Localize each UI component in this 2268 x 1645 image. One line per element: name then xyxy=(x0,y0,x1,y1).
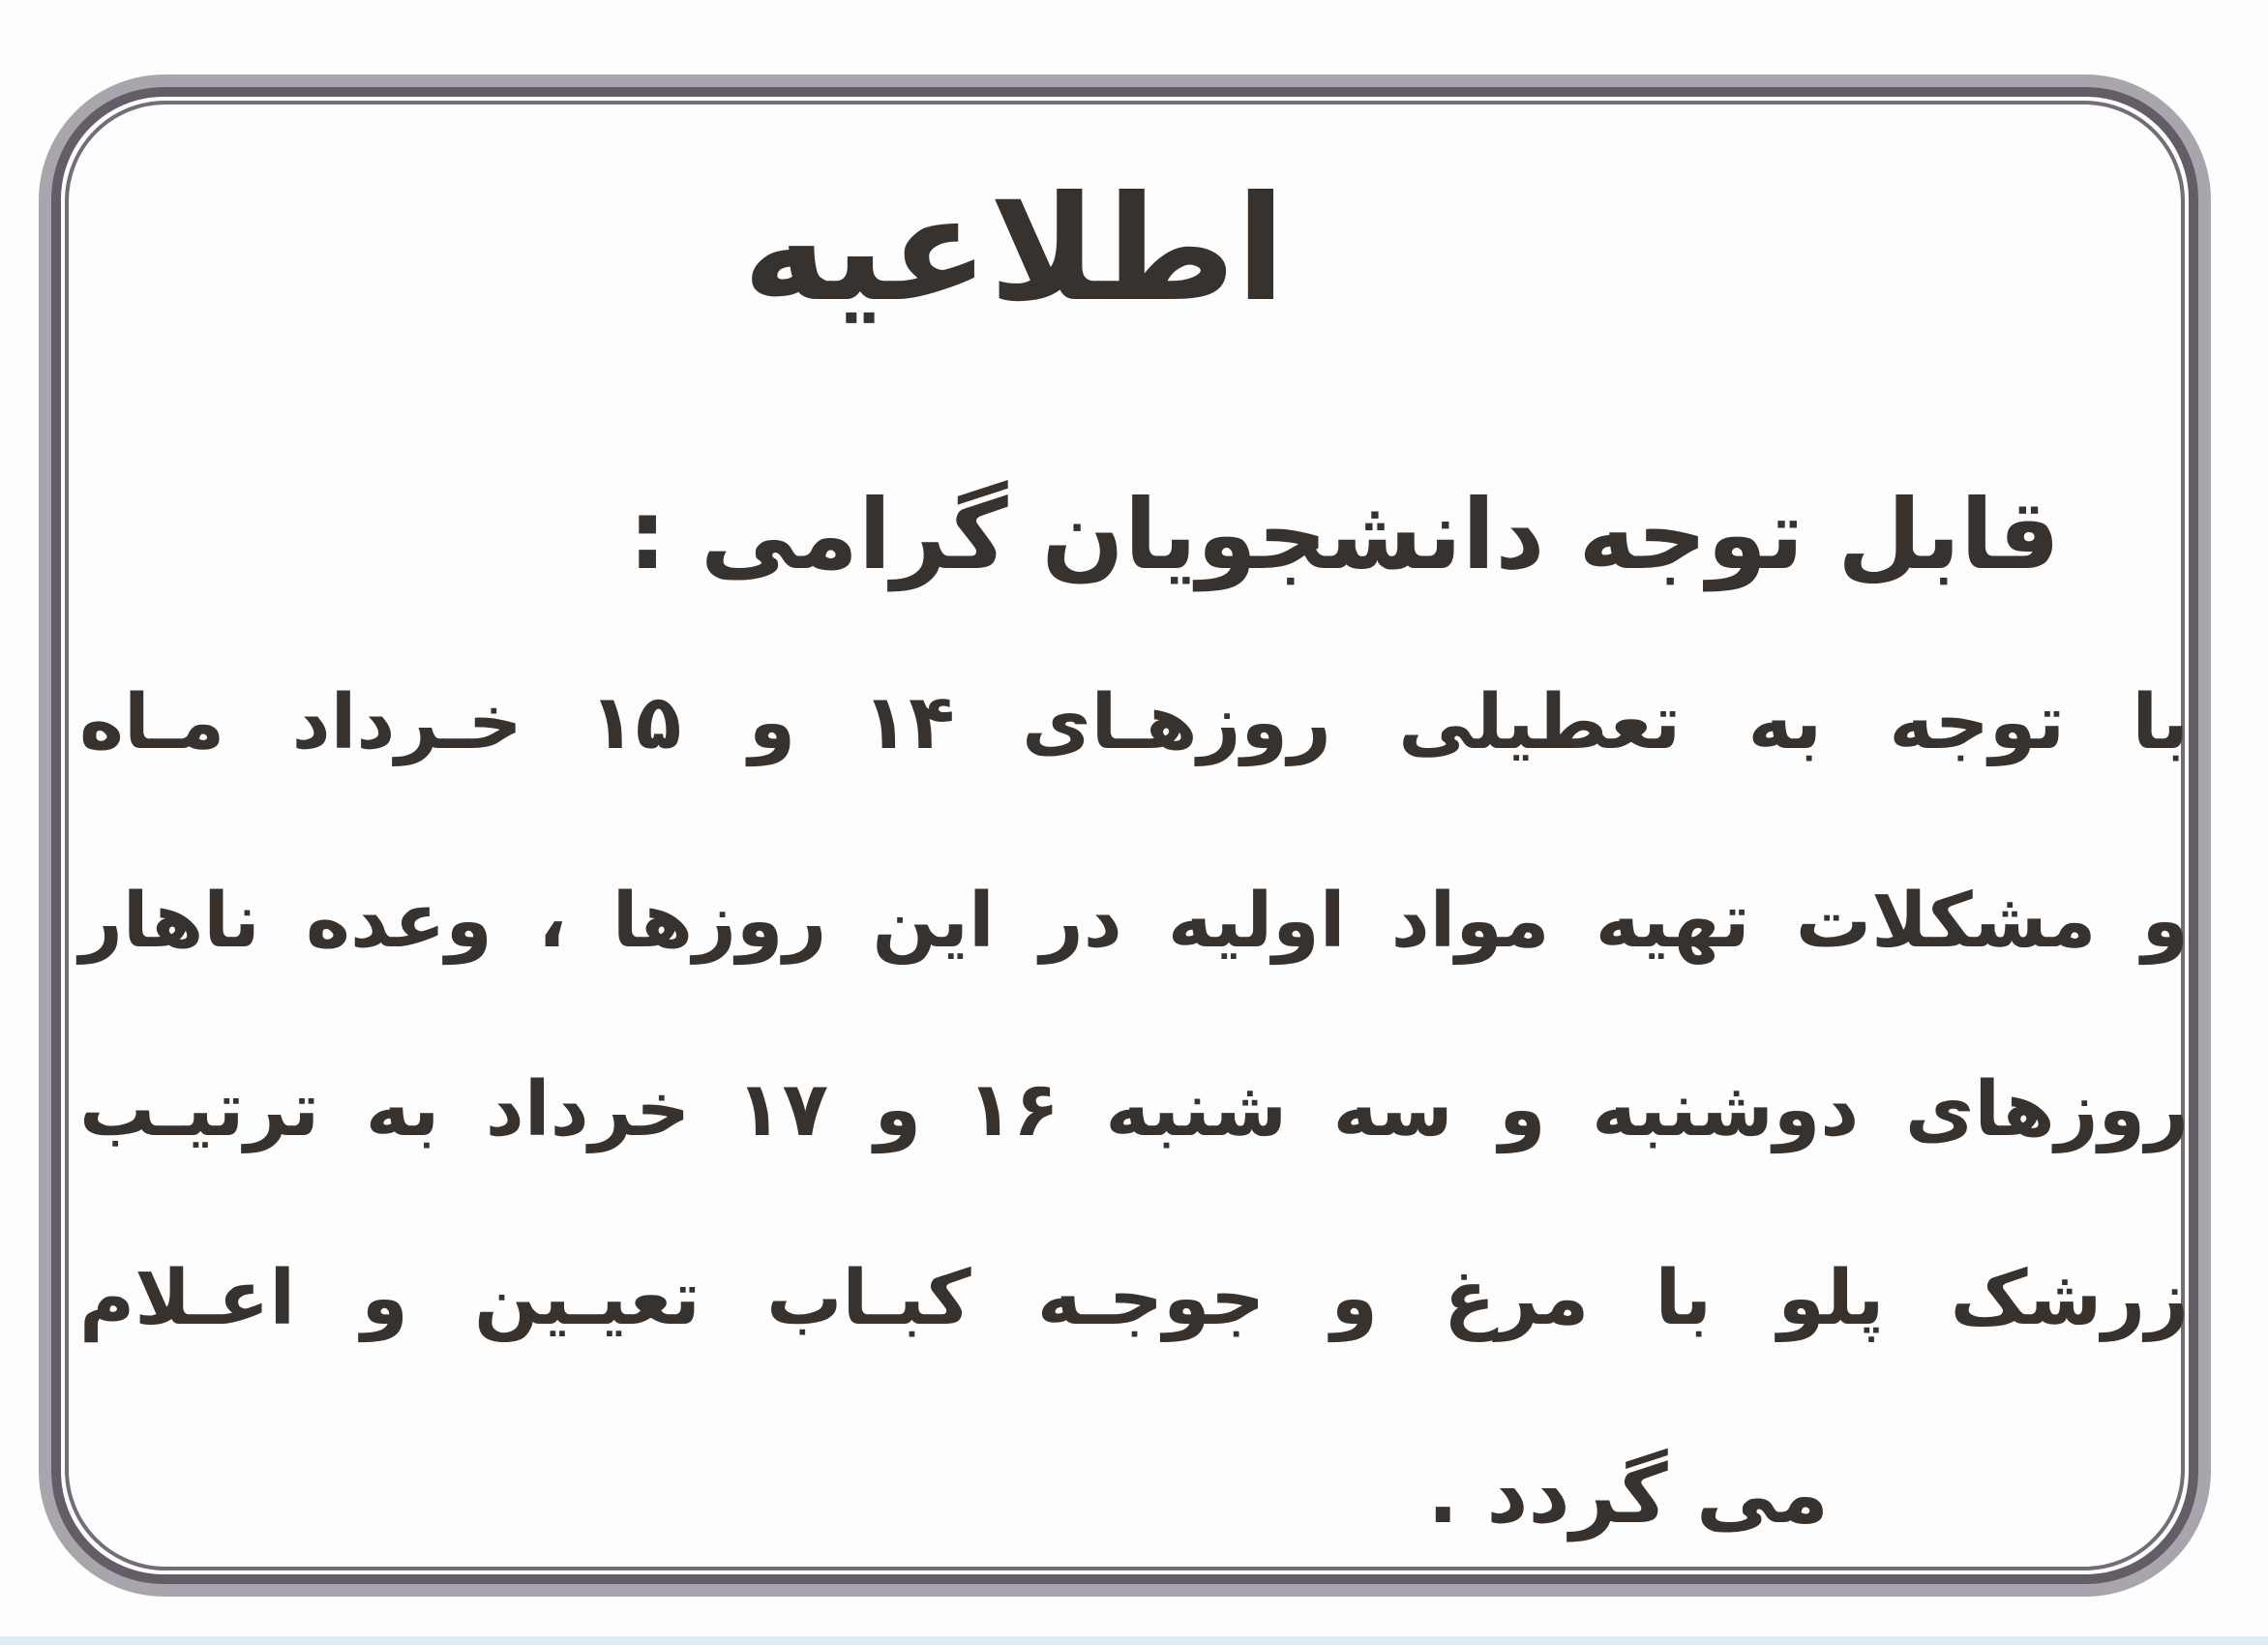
body-line-2: و مشکلات تهیه مواد اولیه در این روزها ، … xyxy=(79,822,2189,1021)
body-line-4: زرشک پلو با مرغ و جوجـه کبـاب تعیـین و ا… xyxy=(79,1200,2189,1398)
scanner-edge-artifact xyxy=(0,1636,2268,1645)
salutation-line: قابل توجه دانشجویان گرامی : xyxy=(116,434,2060,637)
scanned-notice-page: اطلاعیه قابل توجه دانشجویان گرامی : با ت… xyxy=(0,0,2268,1645)
notice-text: اطلاعیه قابل توجه دانشجویان گرامی : با ت… xyxy=(0,0,2268,1645)
closing-line: می گردد . xyxy=(116,1395,1829,1594)
notice-title: اطلاعیه xyxy=(0,105,2148,395)
body-line-3: روزهای دوشنبه و سه شنبه ۱۶ و ۱۷ خرداد به… xyxy=(79,1011,2189,1210)
body-line-1: با توجه به تعطیلی روزهـای ۱۴ و ۱۵ خـرداد… xyxy=(79,624,2189,822)
